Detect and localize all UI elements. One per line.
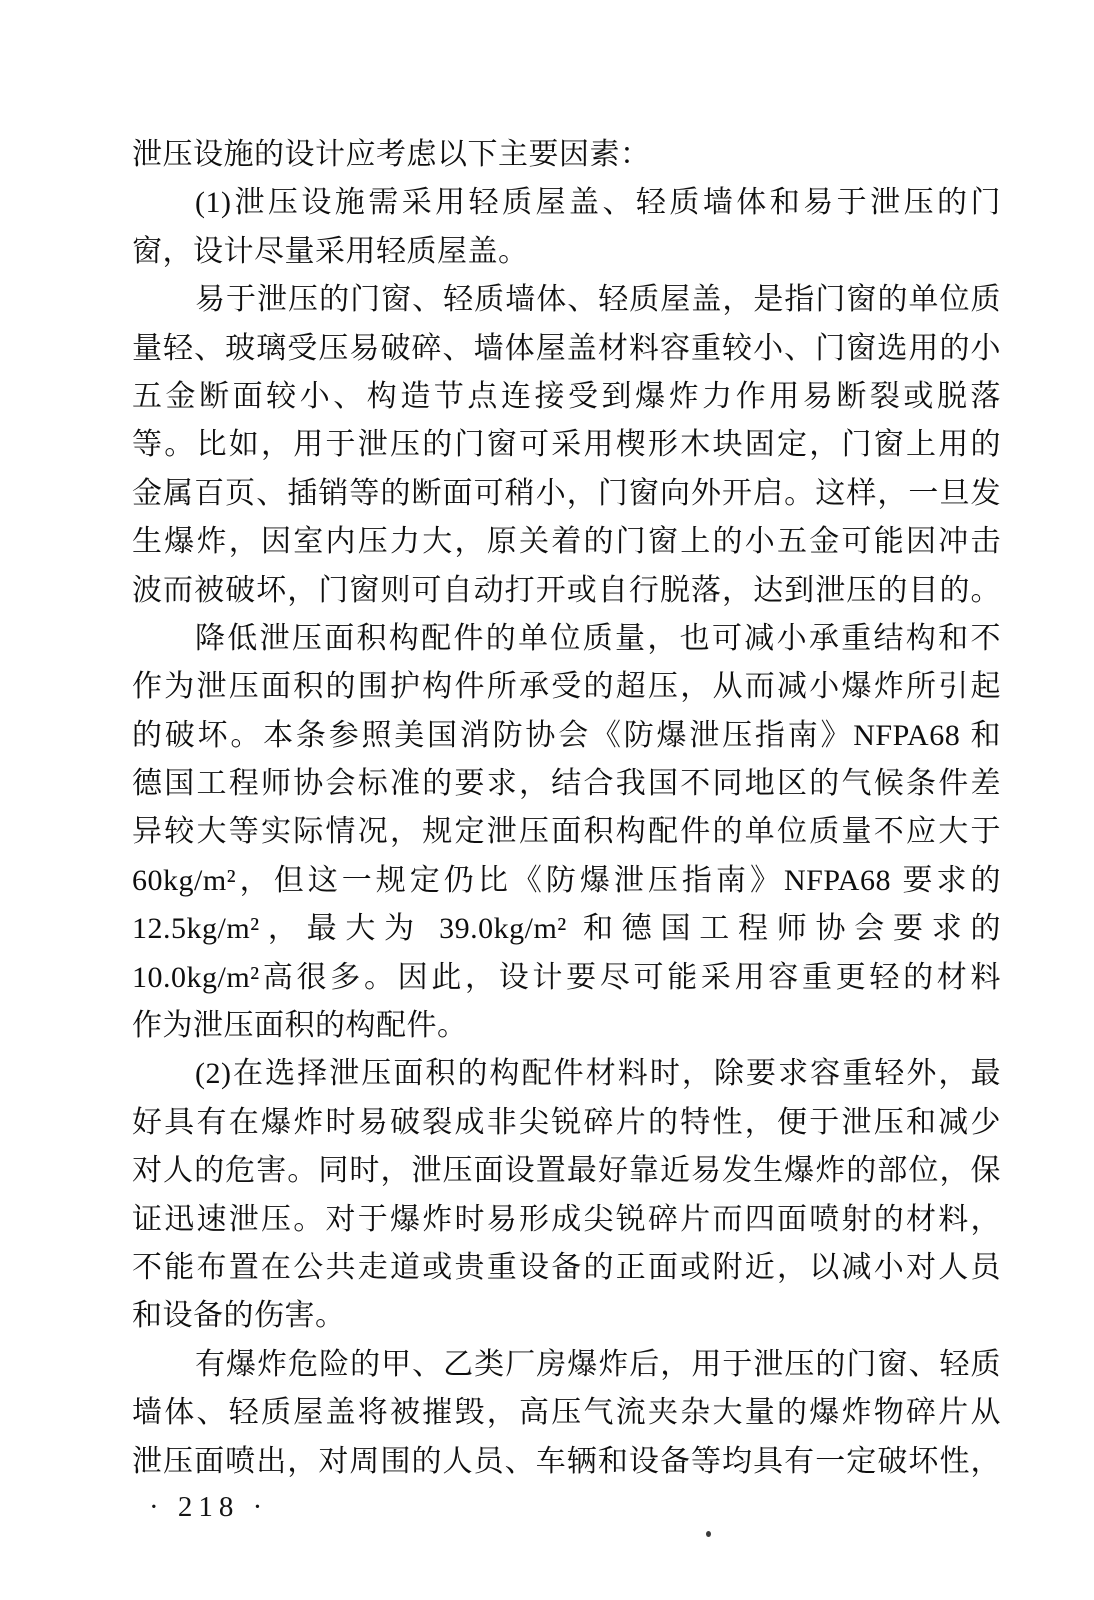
text-line: 证迅速泄压。对于爆炸时易形成尖锐碎片而四面喷射的材料， bbox=[132, 1196, 1001, 1244]
text-line: 降低泄压面积构配件的单位质量，也可减小承重结构和不 bbox=[132, 615, 1001, 663]
text-line: 好具有在爆炸时易破裂成非尖锐碎片的特性，便于泄压和减少 bbox=[132, 1099, 1001, 1147]
text-line: 窗，设计尽量采用轻质屋盖。 bbox=[132, 228, 1001, 276]
text-line: (1)泄压设施需采用轻质屋盖、轻质墙体和易于泄压的门 bbox=[132, 179, 1001, 227]
text-line: 对人的危害。同时，泄压面设置最好靠近易发生爆炸的部位，保 bbox=[132, 1147, 1001, 1195]
text-line: 等。比如，用于泄压的门窗可采用楔形木块固定，门窗上用的 bbox=[132, 421, 1001, 469]
text-line: 60kg/m²，但这一规定仍比《防爆泄压指南》NFPA68 要求的 bbox=[132, 857, 1001, 905]
text-line: 10.0kg/m²高很多。因此，设计要尽可能采用容重更轻的材料 bbox=[132, 954, 1001, 1002]
text-line: 和设备的伤害。 bbox=[132, 1292, 1001, 1340]
scan-speck-artifact bbox=[706, 1531, 711, 1537]
text-line: 波而被破坏，门窗则可自动打开或自行脱落，达到泄压的目的。 bbox=[132, 567, 1001, 615]
text-line: (2)在选择泄压面积的构配件材料时，除要求容重轻外，最 bbox=[132, 1050, 1001, 1098]
text-line: 泄压面喷出，对周围的人员、车辆和设备等均具有一定破坏性， bbox=[132, 1438, 1001, 1486]
text-line: 德国工程师协会标准的要求，结合我国不同地区的气候条件差 bbox=[132, 760, 1001, 808]
text-line: 不能布置在公共走道或贵重设备的正面或附近，以减小对人员 bbox=[132, 1244, 1001, 1292]
text-line: 的破坏。本条参照美国消防协会《防爆泄压指南》NFPA68 和 bbox=[132, 712, 1001, 760]
text-line: 生爆炸，因室内压力大，原关着的门窗上的小五金可能因冲击 bbox=[132, 518, 1001, 566]
text-line: 异较大等实际情况，规定泄压面积构配件的单位质量不应大于 bbox=[132, 808, 1001, 856]
text-block: 泄压设施的设计应考虑以下主要因素： (1)泄压设施需采用轻质屋盖、轻质墙体和易于… bbox=[132, 131, 1001, 1486]
text-line: 有爆炸危险的甲、乙类厂房爆炸后，用于泄压的门窗、轻质 bbox=[132, 1341, 1001, 1389]
text-line: 五金断面较小、构造节点连接受到爆炸力作用易断裂或脱落 bbox=[132, 373, 1001, 421]
document-page: 泄压设施的设计应考虑以下主要因素： (1)泄压设施需采用轻质屋盖、轻质墙体和易于… bbox=[0, 0, 1094, 1600]
page-number: · 218 · bbox=[149, 1487, 268, 1527]
text-line: 墙体、轻质屋盖将被摧毁，高压气流夹杂大量的爆炸物碎片从 bbox=[132, 1389, 1001, 1437]
text-line: 作为泄压面积的构配件。 bbox=[132, 1002, 1001, 1050]
text-line: 量轻、玻璃受压易破碎、墙体屋盖材料容重较小、门窗选用的小 bbox=[132, 325, 1001, 373]
text-line: 金属百页、插销等的断面可稍小，门窗向外开启。这样，一旦发 bbox=[132, 470, 1001, 518]
text-line: 12.5kg/m²，最大为 39.0kg/m² 和德国工程师协会要求的 bbox=[132, 905, 1001, 953]
text-line: 泄压设施的设计应考虑以下主要因素： bbox=[132, 131, 1001, 179]
text-line: 作为泄压面积的围护构件所承受的超压，从而减小爆炸所引起 bbox=[132, 663, 1001, 711]
text-line: 易于泄压的门窗、轻质墙体、轻质屋盖，是指门窗的单位质 bbox=[132, 276, 1001, 324]
